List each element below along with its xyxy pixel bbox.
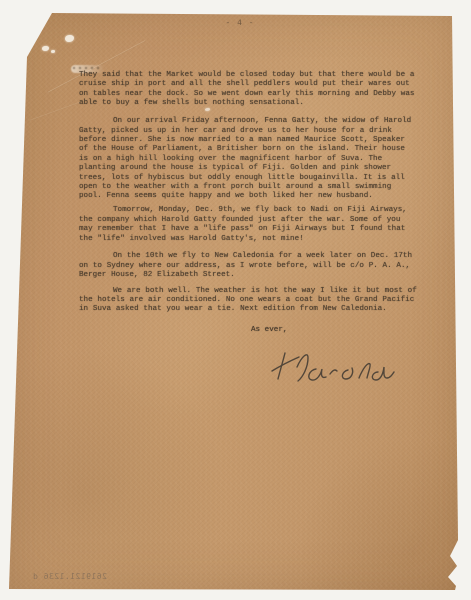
handwritten-signature: Harold: [266, 344, 396, 389]
letter-body: They said that the Market would be close…: [79, 71, 418, 323]
closing-salutation: As ever,: [251, 326, 287, 334]
damage-speck: [65, 35, 74, 42]
letter-paper: - 4 - They said that the Market would be…: [0, 0, 471, 600]
paragraph: On the 10th we fly to New Caledonia for …: [79, 252, 418, 280]
signature-ink-strokes: [266, 344, 396, 389]
paragraph: They said that the Market would be close…: [79, 71, 418, 109]
paragraph: Tomorrow, Monday, Dec. 9th, we fly back …: [79, 206, 418, 244]
scanned-letter-page: - 4 - They said that the Market would be…: [0, 0, 471, 600]
damage-speck: [42, 46, 49, 51]
damage-speck: [51, 50, 55, 53]
mirrored-bleedthrough-stamp: 2619121.1236 d: [12, 572, 107, 581]
paragraph: On our arrival Friday afternoon, Fenna G…: [79, 117, 418, 202]
paragraph: We are both well. The weather is hot the…: [79, 287, 418, 315]
page-number: - 4 -: [210, 19, 270, 28]
